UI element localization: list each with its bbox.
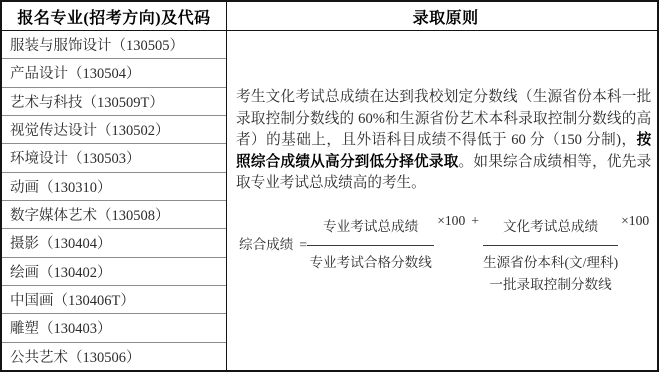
major-row: 产品设计（130504） — [2, 59, 226, 87]
major-row: 视觉传达设计（130502） — [2, 116, 226, 144]
fraction1-numerator: 专业考试总成绩 — [307, 212, 434, 246]
major-row: 环境设计（130503） — [2, 144, 226, 172]
admission-rules-table: 报名专业(招考方向)及代码 服装与服饰设计（130505）产品设计（130504… — [0, 0, 659, 372]
major-row: 摄影（130404） — [2, 229, 226, 257]
principles-paragraph: 考生文化考试总成绩在达到我校划定分数线（生源省份本科一批录取控制分数线的 60%… — [236, 87, 651, 195]
major-row: 服装与服饰设计（130505） — [2, 31, 226, 59]
times-100-second: ×100 — [621, 212, 649, 230]
composite-score-formula: 综合成绩 = 专业考试总成绩 专业考试合格分数线 ×100 + 文化考试总成绩 … — [236, 212, 651, 295]
principles-cell: 考生文化考试总成绩在达到我校划定分数线（生源省份本科一批录取控制分数线的 60%… — [227, 31, 659, 370]
major-row: 动画（130310） — [2, 173, 226, 201]
fraction2-denominator-line1: 生源省份本科(文/理科) — [483, 246, 618, 273]
principles-text-start: 考生文化考试总成绩在达到我校划定分数线（生源省份本科一批录取控制分数线的 60%… — [236, 89, 651, 148]
majors-column-header: 报名专业(招考方向)及代码 — [2, 2, 226, 31]
fraction2-numerator: 文化考试总成绩 — [483, 212, 618, 246]
major-row: 数字媒体艺术（130508） — [2, 201, 226, 229]
fraction-professional-exam: 专业考试总成绩 专业考试合格分数线 — [307, 212, 434, 273]
principles-column-header: 录取原则 — [227, 2, 659, 31]
major-row: 雕塑（130403） — [2, 314, 226, 342]
times-100-first: ×100 — [437, 212, 465, 230]
major-row: 中国画（130406T） — [2, 286, 226, 314]
fraction1-denominator: 专业考试合格分数线 — [307, 246, 434, 273]
equals-sign: = — [299, 236, 307, 254]
principles-column: 录取原则 考生文化考试总成绩在达到我校划定分数线（生源省份本科一批录取控制分数线… — [227, 2, 659, 370]
major-row: 艺术与科技（130509T） — [2, 88, 226, 116]
fraction-culture-exam: 文化考试总成绩 生源省份本科(文/理科) 一批录取控制分数线 — [483, 212, 618, 295]
major-row: 绘画（130402） — [2, 258, 226, 286]
formula-label: 综合成绩 — [239, 236, 293, 254]
majors-column: 报名专业(招考方向)及代码 服装与服饰设计（130505）产品设计（130504… — [2, 2, 227, 370]
majors-list: 服装与服饰设计（130505）产品设计（130504）艺术与科技（130509T… — [2, 31, 226, 370]
major-row: 公共艺术（130506） — [2, 343, 226, 370]
plus-sign: + — [471, 212, 479, 230]
fraction2-denominator-line2: 一批录取控制分数线 — [483, 273, 618, 295]
